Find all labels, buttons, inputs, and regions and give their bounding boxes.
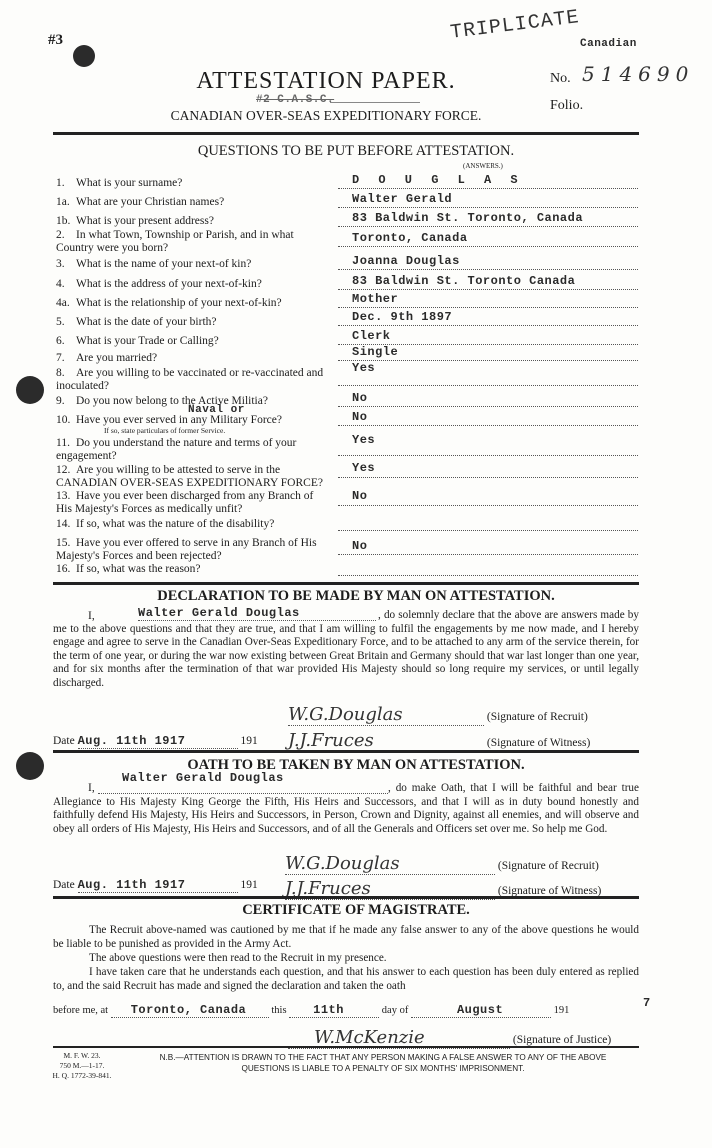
corner-mark: #3 <box>48 32 63 49</box>
divider <box>53 1046 639 1048</box>
question-1a: 1a.What are your Christian names? <box>56 196 326 209</box>
oath-recruit-signature-line: W.G.Douglas (Signature of Recruit) <box>285 853 599 875</box>
answers-label: (ANSWERS.) <box>463 162 503 170</box>
question-2: 2.In what Town, Township or Parish, and … <box>56 229 326 255</box>
answer-relationship: Mother <box>338 293 638 308</box>
regimental-number: 514690 <box>582 62 694 86</box>
magistrate-paragraph-1: The Recruit above-named was cautioned by… <box>53 924 639 951</box>
magistrate-month: August <box>411 1003 551 1018</box>
question-7: 7.Are you married? <box>56 352 326 365</box>
answer-present-address: 83 Baldwin St. Toronto, Canada <box>338 212 638 227</box>
magistrate-title: CERTIFICATE OF MAGISTRATE. <box>0 902 712 919</box>
question-14: 14.If so, what was the nature of the dis… <box>56 518 326 531</box>
question-3: 3.What is the name of your next-of kin? <box>56 258 326 271</box>
oath-body: , do make Oath, that I will be faithful … <box>53 782 639 836</box>
divider <box>53 750 639 753</box>
oath-recruit-signature: W.G.Douglas <box>285 853 495 875</box>
question-10-note: If so, state particulars of former Servi… <box>104 426 225 435</box>
recruit-signature: W.G.Douglas <box>288 704 484 726</box>
struck-unit-line <box>330 102 420 103</box>
question-4a: 4a.What is the relationship of your next… <box>56 297 326 310</box>
folio-label: Folio. <box>550 98 583 114</box>
magistrate-day: 11th <box>289 1003 379 1018</box>
answer-military-force: No <box>338 411 638 426</box>
answer-surname: D O U G L A S <box>338 174 638 189</box>
answer-birthplace: Toronto, Canada <box>338 232 638 247</box>
question-11: 11.Do you understand the nature and term… <box>56 437 326 463</box>
magistrate-place: Toronto, Canada <box>111 1003 269 1018</box>
declaration-recruit-signature-line: W.G.Douglas (Signature of Recruit) <box>288 704 588 726</box>
magistrate-paragraph-3: I have taken care that he understands ea… <box>53 966 639 993</box>
declaration-title: DECLARATION TO BE MADE BY MAN ON ATTESTA… <box>0 588 712 605</box>
question-16: 16.If so, what was the reason? <box>56 563 326 576</box>
punch-hole-top <box>73 45 95 67</box>
question-4: 4.What is the address of your next-of-ki… <box>56 278 326 291</box>
triplicate-stamp: TRIPLICATE <box>449 6 581 45</box>
oath-date: Aug. 11th 1917 <box>78 878 238 893</box>
answer-next-of-kin: Joanna Douglas <box>338 255 638 270</box>
answer-understand-terms: Yes <box>338 434 638 456</box>
answer-trade: Clerk <box>338 330 638 345</box>
question-12: 12.Are you willing to be attested to ser… <box>56 464 326 490</box>
answer-next-of-kin-address: 83 Baldwin St. Toronto Canada <box>338 275 638 290</box>
answer-christian-names: Walter Gerald <box>338 193 638 208</box>
divider <box>53 896 639 899</box>
punch-hole-middle <box>16 376 44 404</box>
answer-active-militia: No <box>338 392 638 407</box>
struck-unit: #2 C.A.S.C. <box>256 94 334 106</box>
question-6: 6.What is your Trade or Calling? <box>56 335 326 348</box>
question-1: 1.What is your surname? <box>56 177 326 190</box>
divider <box>53 132 639 135</box>
declaration-date: Aug. 11th 1917 <box>78 734 238 749</box>
nb-warning: N.B.—ATTENTION IS DRAWN TO THE FACT THAT… <box>138 1052 628 1074</box>
answer-date-of-birth: Dec. 9th 1897 <box>338 311 638 326</box>
question-5: 5.What is the date of your birth? <box>56 316 326 329</box>
answer-rejection-reason <box>338 561 638 576</box>
answer-rejected: No <box>338 540 638 555</box>
declaration-witness-signature-line: J.J.Fruces (Signature of Witness) <box>288 730 590 752</box>
stamp-note: Canadian <box>580 38 637 50</box>
form-codes: M. F. W. 23. 750 M.—1-17. H. Q. 1772-39-… <box>40 1051 124 1081</box>
magistrate-place-date-line: before me, at Toronto, Canada this 11th … <box>53 1003 569 1018</box>
answer-married: Single <box>338 346 638 361</box>
question-13: 13.Have you ever been discharged from an… <box>56 490 326 516</box>
declaration-body: , do solemnly declare that the above are… <box>53 609 639 691</box>
questions-section-title: QUESTIONS TO BE PUT BEFORE ATTESTATION. <box>0 143 712 160</box>
answer-vaccinated: Yes <box>338 362 638 386</box>
divider <box>53 582 639 585</box>
magistrate-year-suffix: 7 <box>643 996 651 1010</box>
answer-disability <box>338 516 638 531</box>
page-title: ATTESTATION PAPER. <box>0 68 682 95</box>
answer-discharged-unfit: No <box>338 490 638 506</box>
oath-date-line: Date Aug. 11th 1917 191 <box>53 878 258 893</box>
question-15: 15.Have you ever offered to serve in any… <box>56 537 326 563</box>
question-1b: 1b.What is your present address? <box>56 215 326 228</box>
answer-willing-attested: Yes <box>338 462 638 478</box>
magistrate-paragraph-2: The above questions were then read to th… <box>53 952 639 966</box>
question-8: 8.Are you willing to be vaccinated or re… <box>56 367 326 393</box>
witness-signature: J.J.Fruces <box>288 730 484 752</box>
declaration-date-line: Date Aug. 11th 1917 191 <box>53 734 258 749</box>
number-label: No. <box>550 71 571 87</box>
